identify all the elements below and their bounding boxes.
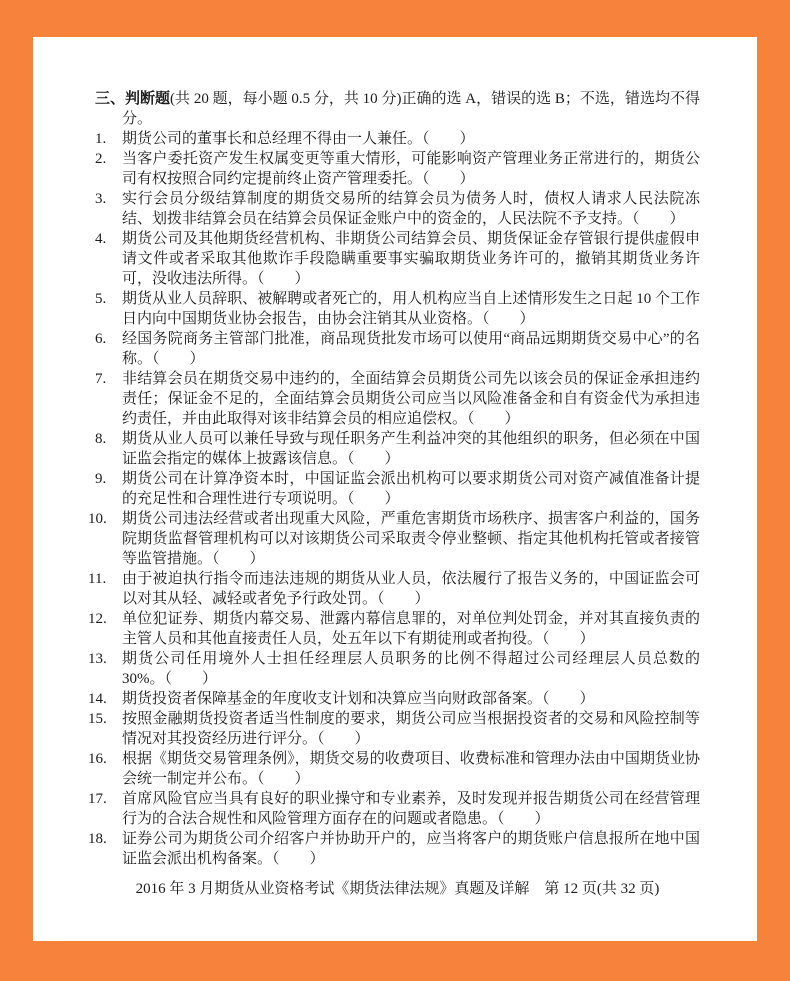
question-item: 9.期货公司在计算净资本时，中国证监会派出机构可以要求期货公司对资产减值准备计提… [95, 469, 700, 509]
question-item: 6.经国务院商务主管部门批准，商品现货批发市场可以使用“商品远期期货交易中心”的… [95, 329, 700, 369]
question-number: 12. [88, 609, 122, 649]
question-item: 13.期货公司任用境外人士担任经理层人员职务的比例不得超过公司经理层人员总数的 … [95, 649, 700, 689]
question-number: 11. [88, 569, 122, 609]
question-text: 期货从业人员辞职、被解聘或者死亡的，用人机构应当自上述情形发生之日起 10 个工… [122, 289, 700, 329]
document-page: 三、判断题(共 20 题，每小题 0.5 分，共 10 分)正确的选 A，错误的… [33, 37, 757, 941]
question-number: 14. [88, 689, 122, 709]
question-text: 期货公司在计算净资本时，中国证监会派出机构可以要求期货公司对资产减值准备计提的充… [122, 469, 700, 509]
question-number: 10. [88, 509, 122, 569]
question-item: 14.期货投资者保障基金的年度收支计划和决算应当向财政部备案。（ ） [95, 689, 700, 709]
question-number: 4. [95, 229, 122, 289]
question-item: 2.当客户委托资产发生权属变更等重大情形，可能影响资产管理业务正常进行的，期货公… [95, 149, 700, 189]
question-list: 1.期货公司的董事长和总经理不得由一人兼任。（ ）2.当客户委托资产发生权属变更… [95, 129, 700, 869]
question-number: 15. [88, 709, 122, 749]
page-footer: 2016 年 3 月期货从业资格考试《期货法律法规》真题及详解 第 12 页(共… [95, 879, 700, 899]
question-item: 10.期货公司违法经营或者出现重大风险，严重危害期货市场秩序、损害客户利益的，国… [95, 509, 700, 569]
question-text: 由于被迫执行指令而违法违规的期货从业人员，依法履行了报告义务的，中国证监会可以对… [122, 569, 700, 609]
question-text: 根据《期货交易管理条例》，期货交易的收费项目、收费标准和管理办法由中国期货业协会… [122, 749, 700, 789]
question-number: 5. [95, 289, 122, 329]
question-text: 当客户委托资产发生权属变更等重大情形，可能影响资产管理业务正常进行的，期货公司有… [122, 149, 700, 189]
question-item: 18.证券公司为期货公司介绍客户并协助开户的，应当将客户的期货账户信息报所在地中… [95, 829, 700, 869]
question-text: 按照金融期货投资者适当性制度的要求，期货公司应当根据投资者的交易和风险控制等情况… [122, 709, 700, 749]
section-header-rest: (共 20 题，每小题 0.5 分，共 10 分)正确的选 A，错误的选 B；不… [122, 91, 700, 127]
question-number: 8. [95, 429, 122, 469]
question-number: 7. [95, 369, 122, 429]
section-title: 三、判断题 [95, 91, 170, 107]
question-number: 1. [95, 129, 122, 149]
section-header: 三、判断题(共 20 题，每小题 0.5 分，共 10 分)正确的选 A，错误的… [95, 89, 700, 129]
question-text: 期货公司及其他期货经营机构、非期货公司结算会员、期货保证金存管银行提供虚假申请文… [122, 229, 700, 289]
question-number: 18. [88, 829, 122, 869]
question-number: 3. [95, 189, 122, 229]
question-text: 单位犯证券、期货内幕交易、泄露内幕信息罪的，对单位判处罚金，并对其直接负责的主管… [122, 609, 700, 649]
question-number: 9. [95, 469, 122, 509]
question-item: 4.期货公司及其他期货经营机构、非期货公司结算会员、期货保证金存管银行提供虚假申… [95, 229, 700, 289]
question-item: 16.根据《期货交易管理条例》，期货交易的收费项目、收费标准和管理办法由中国期货… [95, 749, 700, 789]
question-text: 非结算会员在期货交易中违约的，全面结算会员期货公司先以该会员的保证金承担违约责任… [122, 369, 700, 429]
question-item: 3.实行会员分级结算制度的期货交易所的结算会员为债务人时，债权人请求人民法院冻结… [95, 189, 700, 229]
question-number: 13. [88, 649, 122, 689]
question-text: 经国务院商务主管部门批准，商品现货批发市场可以使用“商品远期期货交易中心”的名称… [122, 329, 700, 369]
question-text: 首席风险官应当具有良好的职业操守和专业素养，及时发现并报告期货公司在经营管理行为… [122, 789, 700, 829]
question-text: 期货投资者保障基金的年度收支计划和决算应当向财政部备案。（ ） [122, 689, 700, 709]
question-item: 17.首席风险官应当具有良好的职业操守和专业素养，及时发现并报告期货公司在经营管… [95, 789, 700, 829]
question-text: 期货从业人员可以兼任导致与现任职务产生利益冲突的其他组织的职务，但必须在中国证监… [122, 429, 700, 469]
question-item: 11.由于被迫执行指令而违法违规的期货从业人员，依法履行了报告义务的，中国证监会… [95, 569, 700, 609]
question-item: 12.单位犯证券、期货内幕交易、泄露内幕信息罪的，对单位判处罚金，并对其直接负责… [95, 609, 700, 649]
question-item: 5.期货从业人员辞职、被解聘或者死亡的，用人机构应当自上述情形发生之日起 10 … [95, 289, 700, 329]
question-number: 17. [88, 789, 122, 829]
question-number: 16. [88, 749, 122, 789]
scan-border: { "page": { "border_color": "#F7823C", "… [0, 0, 790, 981]
question-number: 6. [95, 329, 122, 369]
question-text: 实行会员分级结算制度的期货交易所的结算会员为债务人时，债权人请求人民法院冻结、划… [122, 189, 700, 229]
question-text: 期货公司违法经营或者出现重大风险，严重危害期货市场秩序、损害客户利益的，国务院期… [122, 509, 700, 569]
question-text: 期货公司的董事长和总经理不得由一人兼任。（ ） [122, 129, 700, 149]
question-item: 7.非结算会员在期货交易中违约的，全面结算会员期货公司先以该会员的保证金承担违约… [95, 369, 700, 429]
question-text: 证券公司为期货公司介绍客户并协助开户的，应当将客户的期货账户信息报所在地中国证监… [122, 829, 700, 869]
question-item: 1.期货公司的董事长和总经理不得由一人兼任。（ ） [95, 129, 700, 149]
question-item: 8.期货从业人员可以兼任导致与现任职务产生利益冲突的其他组织的职务，但必须在中国… [95, 429, 700, 469]
question-number: 2. [95, 149, 122, 189]
question-text: 期货公司任用境外人士担任经理层人员职务的比例不得超过公司经理层人员总数的 30%… [122, 649, 700, 689]
question-item: 15.按照金融期货投资者适当性制度的要求，期货公司应当根据投资者的交易和风险控制… [95, 709, 700, 749]
